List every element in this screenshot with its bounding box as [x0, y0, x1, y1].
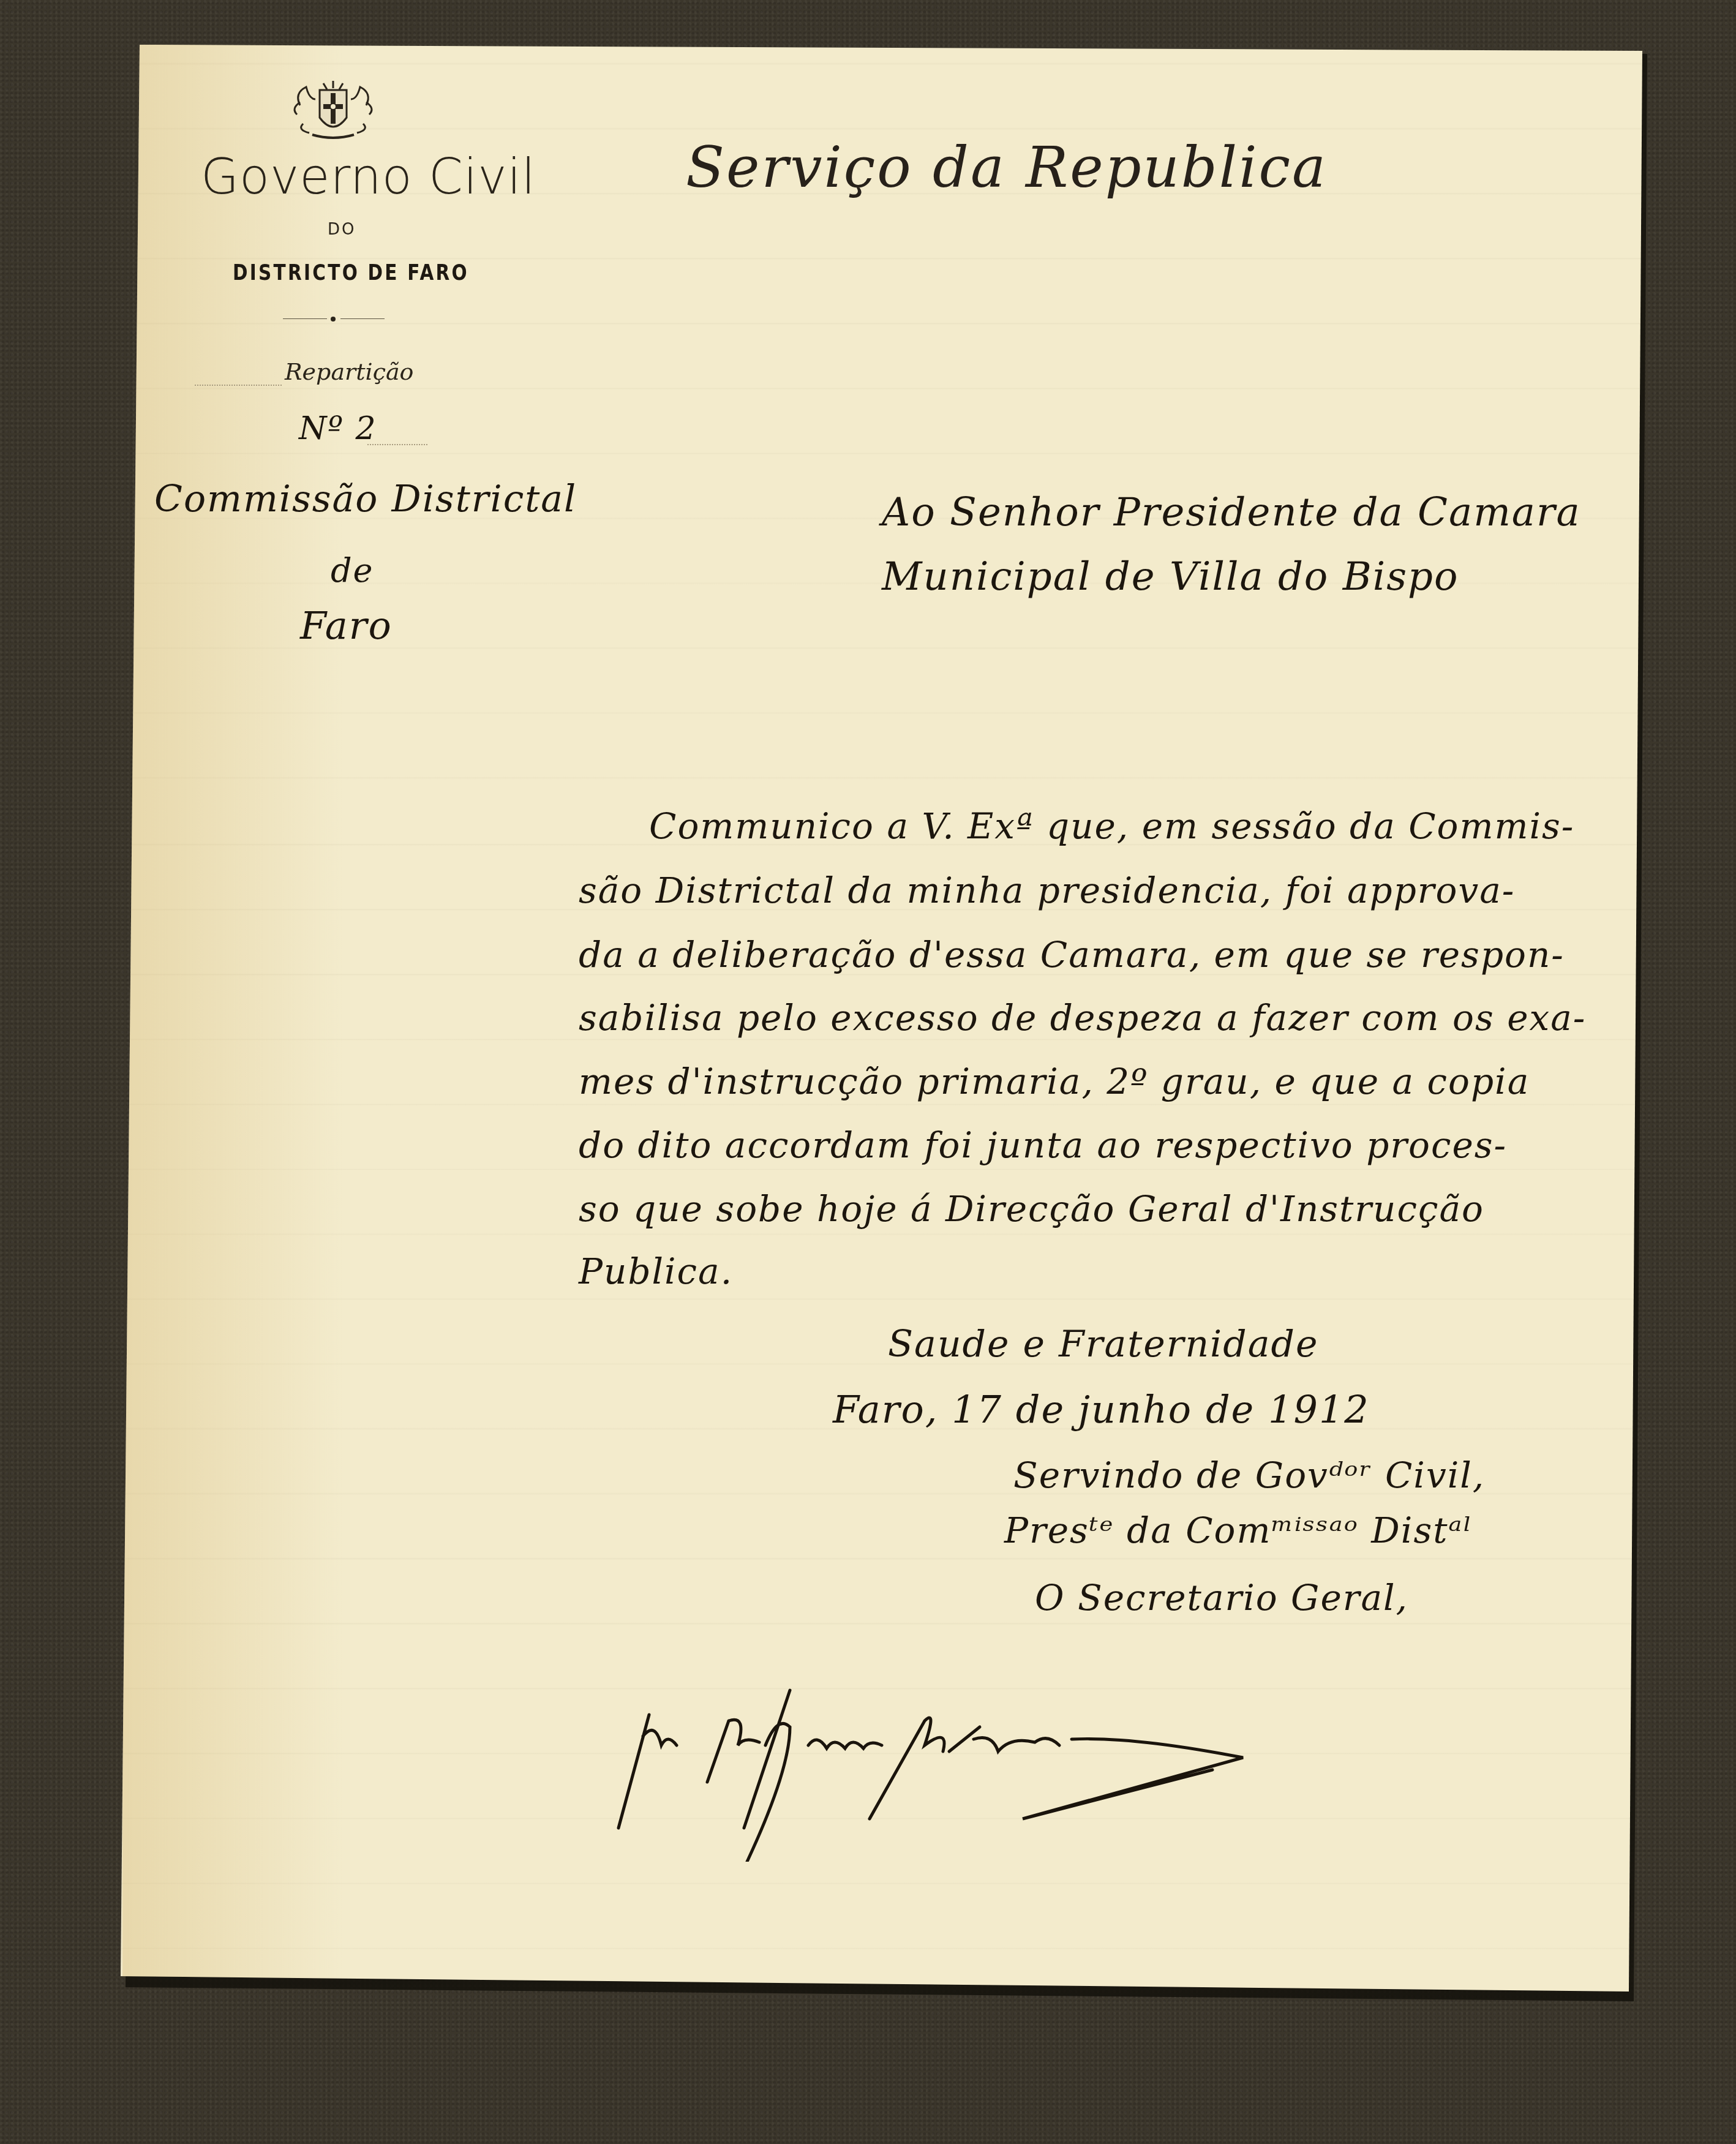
coat-of-arms-icon	[288, 81, 378, 142]
department-note-line1: Commissão Districtal	[154, 478, 577, 521]
signatory-title-line3: O Secretario Geral,	[1035, 1577, 1408, 1619]
body-line-8: Publica.	[579, 1251, 733, 1292]
body-line-4: sabilisa pelo excesso de despeza a fazer…	[579, 997, 1586, 1039]
signatory-title-line2: Presᵗᵉ da Comᵐⁱˢˢᵃᵒ Distᵃˡ	[1004, 1510, 1473, 1551]
handwritten-signature	[606, 1678, 1561, 1862]
letterhead-do: DO	[328, 220, 356, 239]
department-note-line3: Faro	[300, 603, 393, 648]
repartition-dotted-line	[195, 385, 282, 386]
body-line-1: Communico a V. Exª que, em sessão da Com…	[649, 805, 1574, 847]
addressee-line2: Municipal de Villa do Bispo	[882, 554, 1459, 600]
repartition-label: Repartição	[285, 358, 413, 385]
body-line-5: mes d'instrucção primaria, 2º grau, e qu…	[579, 1061, 1530, 1102]
closing-salutation: Saude e Fraternidade	[888, 1323, 1318, 1366]
divider-line-left	[283, 318, 327, 319]
department-note-line2: de	[331, 551, 374, 590]
addressee-line1: Ao Senhor Presidente da Camara	[882, 490, 1581, 535]
number-dotted-line	[367, 444, 427, 445]
letterhead-title: Governo Civil	[201, 148, 536, 205]
body-line-3: da a deliberação d'essa Camara, em que s…	[579, 934, 1565, 976]
service-heading: Serviço da Republica	[686, 135, 1328, 200]
body-line-7: so que sobe hoje á Direcção Geral d'Inst…	[579, 1188, 1484, 1230]
document-number: Nº 2	[299, 410, 377, 447]
letterhead-district: DISTRICTO DE FARO	[233, 260, 469, 285]
divider-dot-icon	[331, 317, 336, 322]
body-line-2: são Districtal da minha presidencia, foi…	[579, 870, 1515, 911]
date-line: Faro, 17 de junho de 1912	[833, 1387, 1370, 1432]
divider-line-right	[340, 318, 385, 319]
ornamental-divider	[283, 317, 386, 322]
body-line-6: do dito accordam foi junta ao respectivo…	[579, 1124, 1507, 1166]
signatory-title-line1: Servindo de Govᵈᵒʳ Civil,	[1013, 1454, 1485, 1496]
